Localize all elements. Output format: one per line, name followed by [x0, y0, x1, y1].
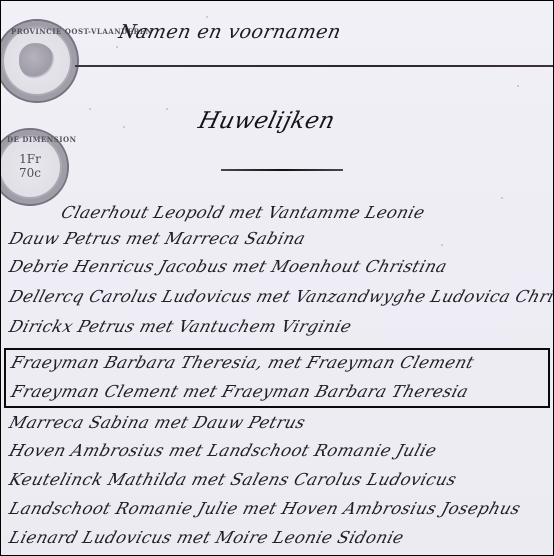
- register-page: PROVINCIE OOST-VLAANDEREN DE DIMENSION 1…: [0, 0, 554, 556]
- highlight-box: [4, 348, 550, 408]
- list-item: Marreca Sabina met Dauw Petrus: [7, 413, 308, 432]
- list-item: Lienard Ludovicus met Moire Leonie Sidon…: [7, 528, 406, 547]
- list-item: Dellercq Carolus Ludovicus met Vanzandwy…: [7, 287, 554, 306]
- list-item: Hoven Ambrosius met Landschoot Romanie J…: [7, 441, 439, 460]
- list-item: Claerhout Leopold met Vantamme Leonie: [59, 203, 427, 222]
- list-item: Landschoot Romanie Julie met Hoven Ambro…: [7, 499, 523, 518]
- list-item: Debrie Henricus Jacobus met Moenhout Chr…: [7, 257, 449, 276]
- list-item: Dauw Petrus met Marreca Sabina: [7, 229, 308, 248]
- entry-list: Claerhout Leopold met Vantamme Leonie Da…: [1, 1, 553, 555]
- list-item: Dirickx Petrus met Vantuchem Virginie: [7, 317, 354, 336]
- list-item: Keutelinck Mathilda met Salens Carolus L…: [7, 470, 459, 489]
